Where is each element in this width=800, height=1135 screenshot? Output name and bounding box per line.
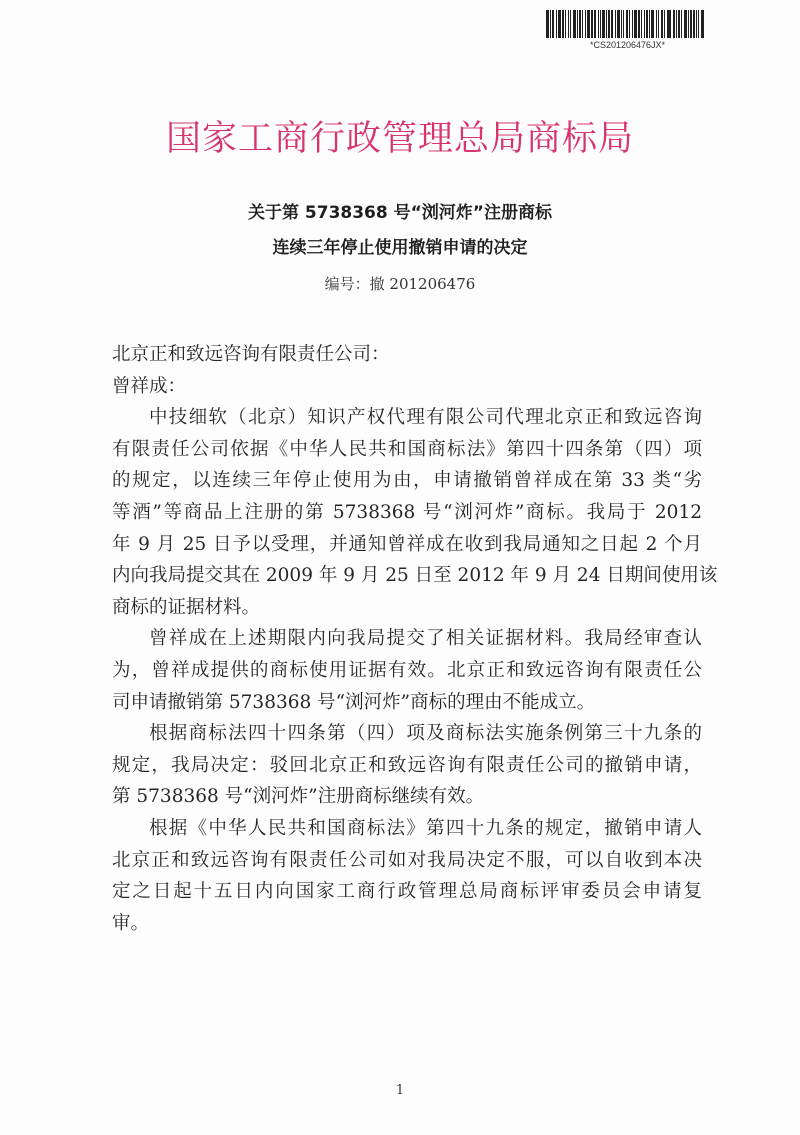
barcode-bar <box>546 10 549 38</box>
barcode-bar <box>573 10 576 38</box>
body-text-line: 为，曾祥成提供的商标使用证据有效。北京正和致远咨询有限责任公 <box>112 655 702 687</box>
body-text-line: 年 9 月 25 日予以受理，并通知曾祥成在收到我局通知之日起 2 个月 <box>112 529 702 561</box>
barcode-bar <box>641 10 642 38</box>
document-number: 编号：撤 201206476 <box>0 273 800 294</box>
barcode-bar <box>626 10 628 38</box>
barcode-bar <box>570 10 572 38</box>
body-text-line: 定之日起十五日内向国家工商行政管理总局商标评审委员会申请复 <box>112 876 702 908</box>
barcode-bar <box>681 10 682 38</box>
page-number: 1 <box>0 1083 800 1098</box>
barcode-bar <box>577 10 578 38</box>
barcode-bar <box>606 10 607 38</box>
barcode-bar <box>684 10 687 38</box>
barcode-bar <box>656 10 657 38</box>
barcode-bar <box>676 10 677 38</box>
body-text-line: 商标的证据材料。 <box>112 592 702 624</box>
barcode-bar <box>582 10 583 38</box>
barcode-bar <box>615 10 616 38</box>
barcode-bar <box>693 10 695 38</box>
barcode-bar <box>623 10 624 38</box>
barcode-bar <box>651 10 654 38</box>
barcode-bar <box>661 10 663 38</box>
barcode-bar <box>598 10 599 38</box>
barcode-bar <box>568 10 569 38</box>
body-text-line: 北京正和致远咨询有限责任公司： <box>112 339 702 371</box>
barcode-bar <box>690 10 692 38</box>
barcode-bar <box>617 10 620 38</box>
barcode-bar <box>556 10 557 38</box>
barcode-bar <box>558 10 561 38</box>
barcode-bar <box>673 10 675 38</box>
barcode-bar <box>678 10 680 38</box>
barcode-bar <box>646 10 648 38</box>
barcode-bar <box>644 10 645 38</box>
barcode-bar <box>698 10 699 38</box>
page-title: 国家工商行政管理总局商标局 <box>0 111 800 161</box>
barcode-bar <box>579 10 581 38</box>
body-text-line: 内向我局提交其在 2009 年 9 月 25 日至 2012 年 9 月 24 … <box>112 560 702 592</box>
body-text-line: 等酒”等商品上注册的第 5738368 号“浏河炸”商标。我局于 2012 <box>112 497 702 529</box>
barcode-bar <box>550 10 551 38</box>
barcode-bar <box>658 10 660 38</box>
barcode-text: *CS201206476JX* <box>590 40 665 50</box>
barcode-bar <box>667 10 668 38</box>
body-text-line: 审。 <box>112 908 702 940</box>
body-text-line: 司申请撤销第 5738368 号“浏河炸”商标的理由不能成立。 <box>112 687 702 719</box>
barcode-bar <box>632 10 633 38</box>
barcode-bar <box>565 10 566 38</box>
barcode-bar <box>608 10 610 38</box>
barcode-bar <box>611 10 613 38</box>
barcode-bar <box>585 10 586 38</box>
body-text-line: 的规定，以连续三年停止使用为由，申请撤销曾祥成在第 33 类“劣 <box>112 465 702 497</box>
body-text-line: 有限责任公司依据《中华人民共和国商标法》第四十四条第（四）项 <box>112 434 702 466</box>
barcode-bar <box>668 10 671 38</box>
barcode-bar <box>600 10 601 38</box>
barcode-bar <box>594 10 596 38</box>
body-text-line: 曾祥成在上述期限内向我局提交了相关证据材料。我局经审查认 <box>112 623 702 655</box>
barcode-bar <box>552 10 554 38</box>
body-text-line: 北京正和致远咨询有限责任公司如对我局决定不服，可以自收到本决 <box>112 845 702 877</box>
body-text-line: 曾祥成： <box>112 371 702 403</box>
barcode-bar <box>602 10 605 38</box>
barcode-bar <box>649 10 650 38</box>
subtitle-line-2: 连续三年停止使用撤销申请的决定 <box>0 233 800 258</box>
barcode-bar <box>591 10 593 38</box>
barcode-bar <box>562 10 564 38</box>
subtitle-line-1: 关于第 5738368 号“浏河炸”注册商标 <box>0 198 800 223</box>
barcode-bar <box>688 10 689 38</box>
barcode-bar <box>634 10 637 38</box>
body-text-line: 第 5738368 号“浏河炸”注册商标继续有效。 <box>112 781 702 813</box>
document-body: 北京正和致远咨询有限责任公司：曾祥成：中技细软（北京）知识产权代理有限公司代理北… <box>112 339 702 939</box>
barcode-bar <box>701 10 704 38</box>
barcode-bar <box>621 10 622 38</box>
body-text-line: 根据商标法四十四条第（四）项及商标法实施条例第三十九条的 <box>112 718 702 750</box>
barcode-bar <box>638 10 640 38</box>
body-text-line: 中技细软（北京）知识产权代理有限公司代理北京正和致远咨询 <box>112 402 702 434</box>
barcode-bar <box>696 10 697 38</box>
body-text-line: 规定，我局决定：驳回北京正和致远咨询有限责任公司的撤销申请， <box>112 750 702 782</box>
barcode-bar <box>664 10 665 38</box>
barcode-bar <box>587 10 590 38</box>
barcode-bar <box>629 10 631 38</box>
barcode <box>546 10 721 38</box>
body-text-line: 根据《中华人民共和国商标法》第四十九条的规定，撤销申请人 <box>112 813 702 845</box>
